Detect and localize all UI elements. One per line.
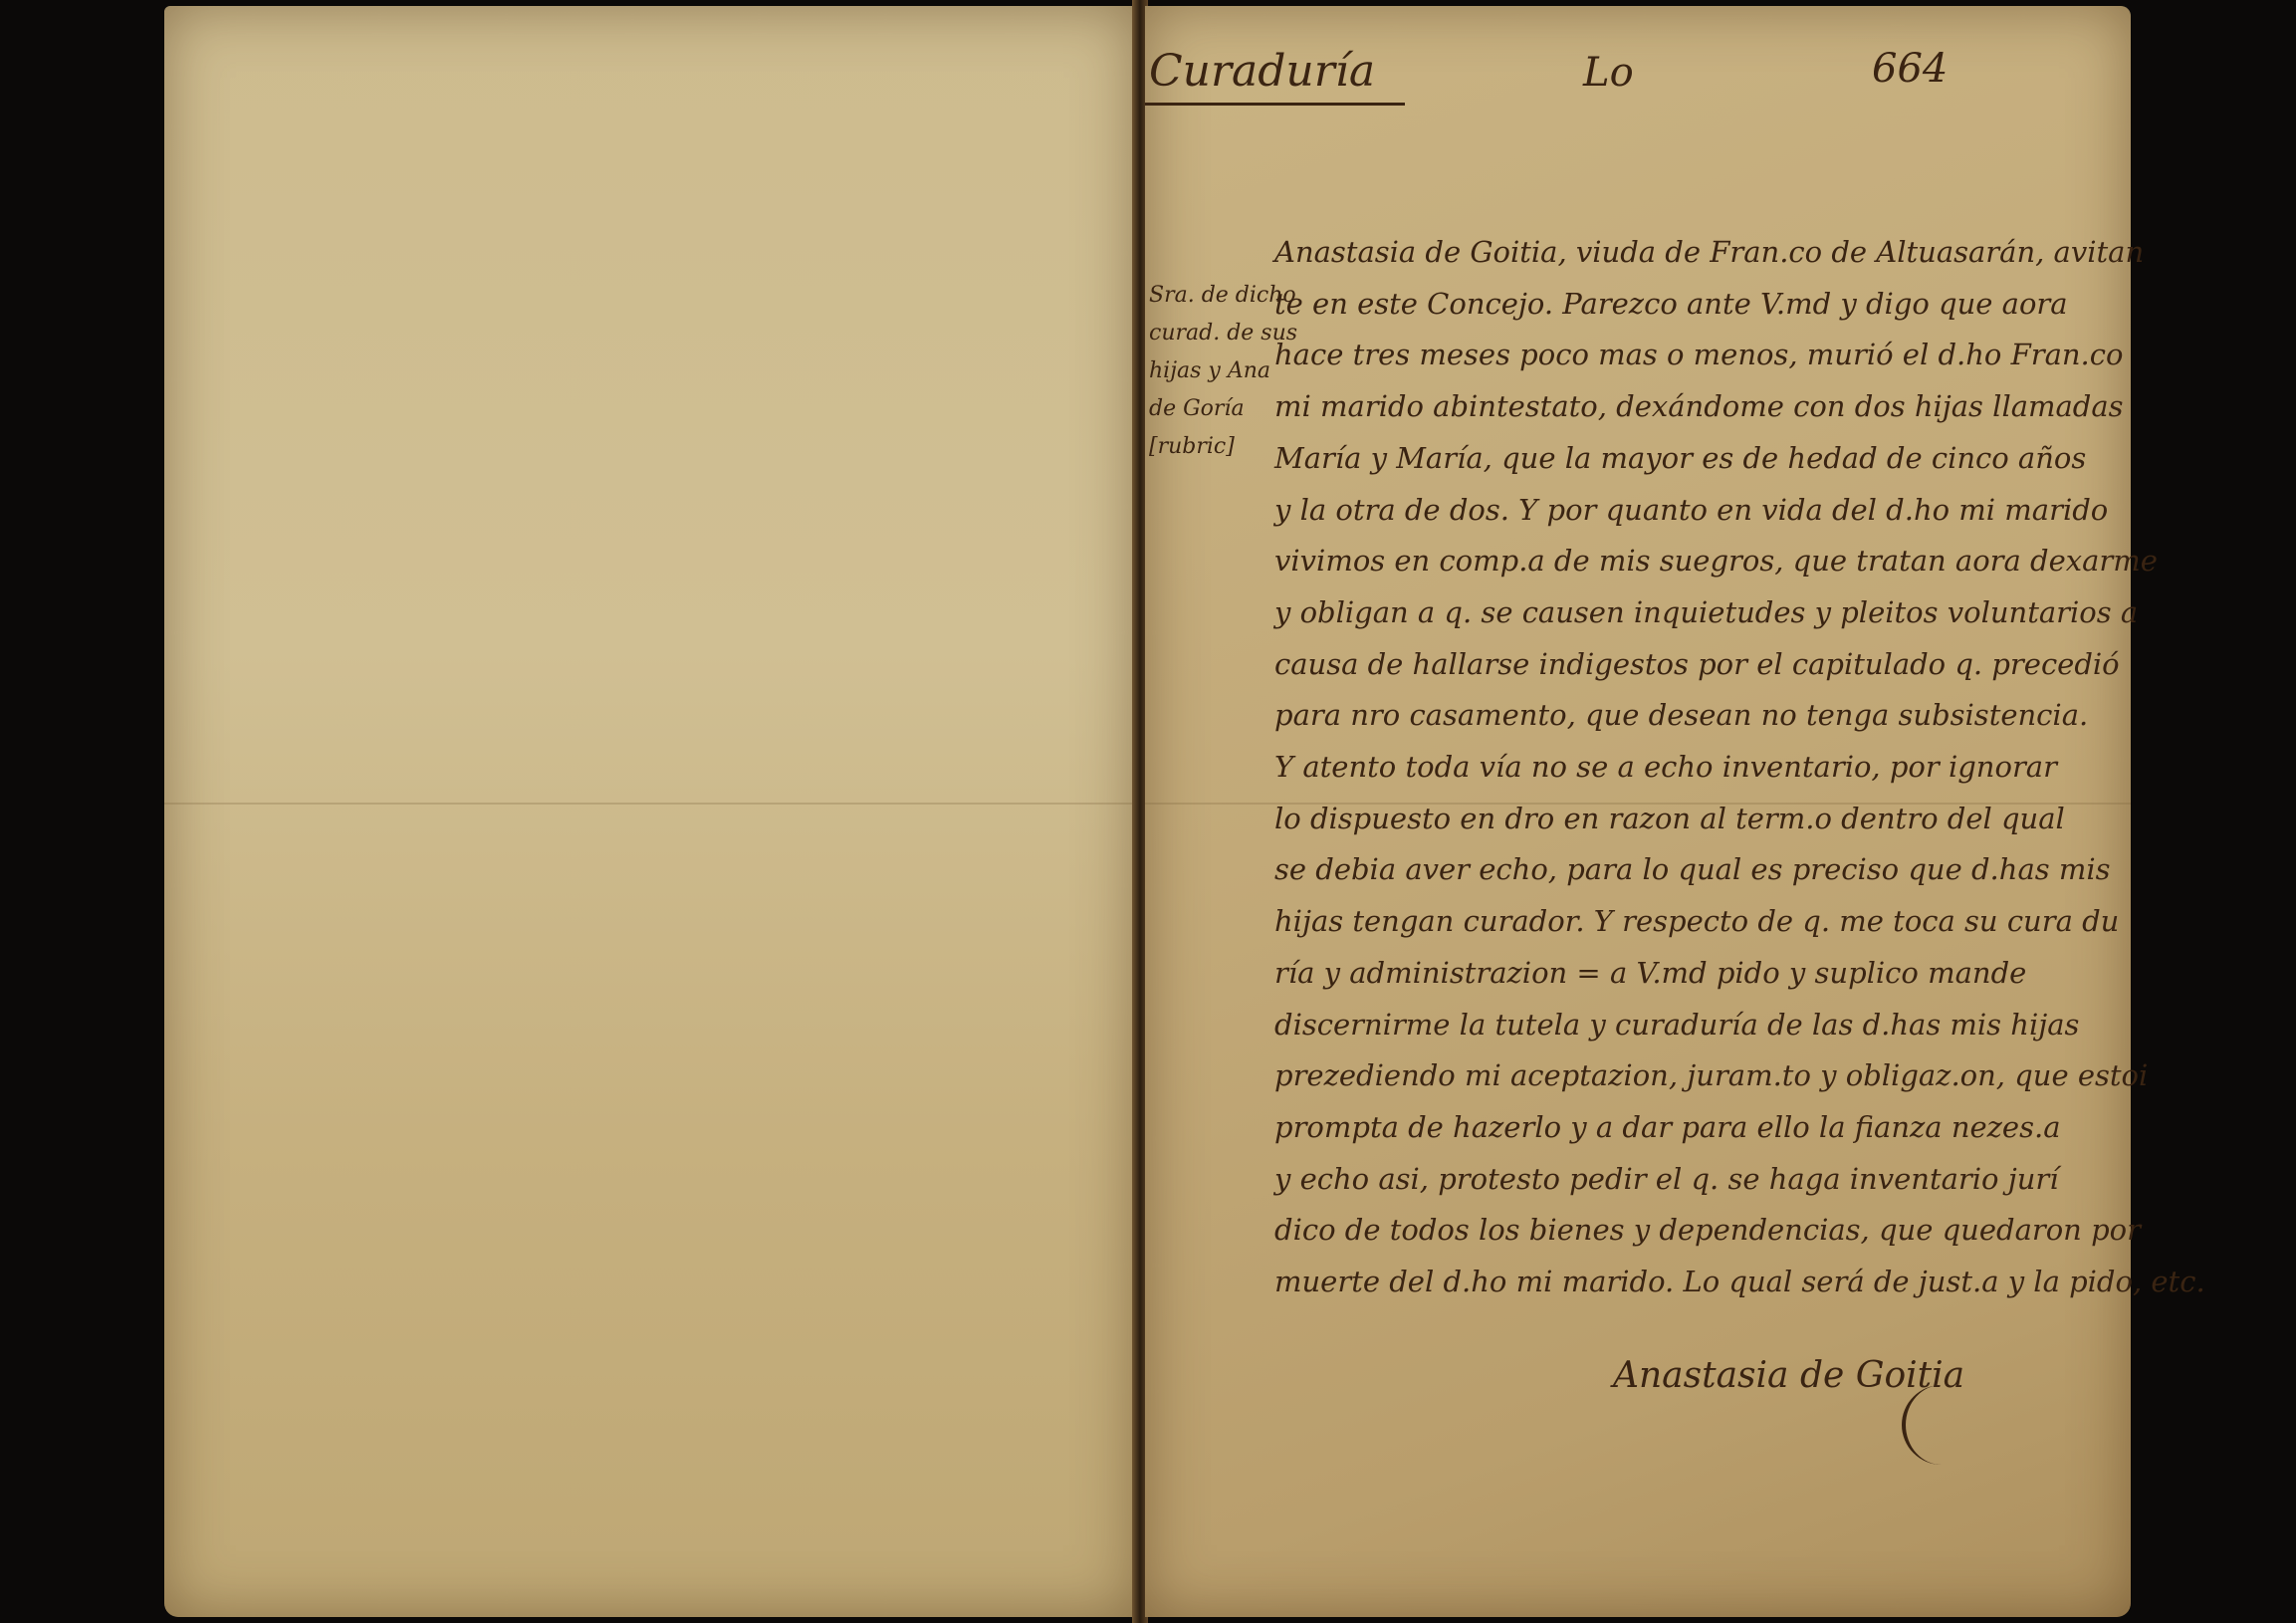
text-line: Anastasia de Goitia, viuda de Fran.co de… bbox=[1274, 227, 2101, 279]
text-line: María y María, que la mayor es de hedad … bbox=[1274, 433, 2101, 485]
text-line: te en este Concejo. Parezco ante V.md y … bbox=[1274, 279, 2101, 331]
text-line: prezediendo mi aceptazion, juram.to y ob… bbox=[1274, 1050, 2101, 1102]
fold-crease bbox=[164, 803, 1135, 805]
catchword: Lo bbox=[1583, 50, 1634, 96]
right-page: Curaduría Lo 664 Sra. de dicho curad. de… bbox=[1145, 6, 2131, 1617]
text-line: discernirme la tutela y curaduría de las… bbox=[1274, 1000, 2101, 1051]
text-line: y echo asi, protesto pedir el q. se haga… bbox=[1274, 1154, 2101, 1206]
text-line: y obligan a q. se causen inquietudes y p… bbox=[1274, 587, 2101, 639]
text-line: y la otra de dos. Y por quanto en vida d… bbox=[1274, 485, 2101, 537]
text-line: prompta de hazerlo y a dar para ello la … bbox=[1274, 1102, 2101, 1154]
manuscript-spread: Curaduría Lo 664 Sra. de dicho curad. de… bbox=[164, 0, 2131, 1623]
folio-number: 664 bbox=[1872, 46, 1948, 92]
signature-flourish-icon bbox=[1902, 1385, 1965, 1465]
text-line: lo dispuesto en dro en razon al term.o d… bbox=[1274, 794, 2101, 845]
text-line: ría y administrazion = a V.md pido y sup… bbox=[1274, 948, 2101, 1000]
text-line: muerte del d.ho mi marido. Lo qual será … bbox=[1274, 1257, 2101, 1308]
text-line: dico de todos los bienes y dependencias,… bbox=[1274, 1205, 2101, 1257]
document-heading: Curaduría bbox=[1145, 46, 1405, 106]
petition-body-text: Anastasia de Goitia, viuda de Fran.co de… bbox=[1274, 227, 2101, 1308]
left-page-blank bbox=[164, 6, 1135, 1617]
text-line: para nro casamento, que desean no tenga … bbox=[1274, 690, 2101, 742]
text-line: vivimos en comp.a de mis suegros, que tr… bbox=[1274, 536, 2101, 587]
text-line: Y atento toda vía no se a echo inventari… bbox=[1274, 742, 2101, 794]
signature: Anastasia de Goitia bbox=[1613, 1355, 1964, 1396]
text-line: hijas tengan curador. Y respecto de q. m… bbox=[1274, 896, 2101, 948]
text-line: hace tres meses poco mas o menos, murió … bbox=[1274, 330, 2101, 381]
text-line: mi marido abintestato, dexándome con dos… bbox=[1274, 381, 2101, 433]
text-line: causa de hallarse indigestos por el capi… bbox=[1274, 639, 2101, 691]
text-line: se debia aver echo, para lo qual es prec… bbox=[1274, 844, 2101, 896]
